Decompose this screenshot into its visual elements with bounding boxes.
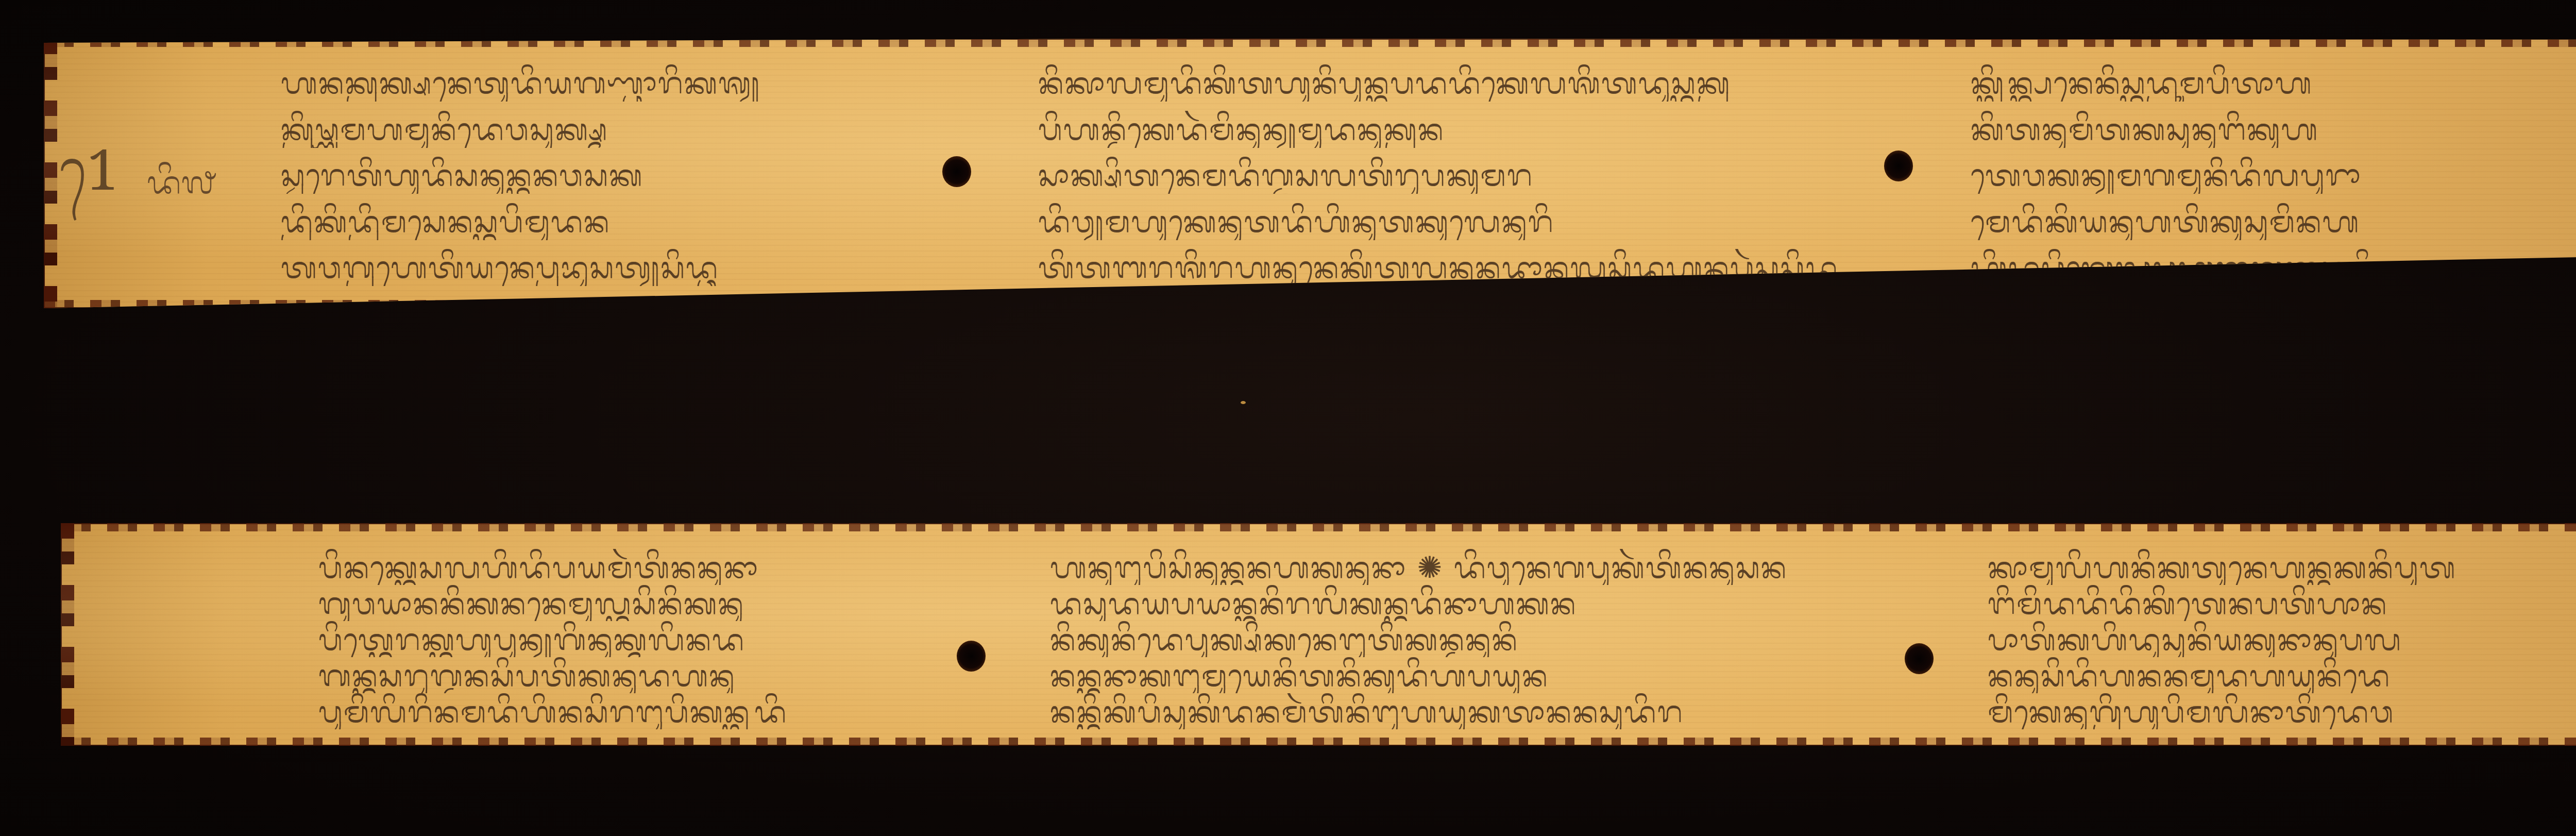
burnt-edge-left: [44, 39, 57, 308]
script-line: ᬕᬸᬯᬬᬵᬦᬦᬶᬓᬦᬦᬾᬫᬸᬮ᭄ᬢᬲᬶᬦᬶᬓᬦᬸ: [318, 585, 947, 621]
script-line: ᬫᬶᬓᬾᬦᬸᬕ᭄ᬭᬶᬳᬸᬧᬶᬫᬮᬶᬦᬵᬢᬶᬤᬾᬯ: [1988, 693, 2565, 729]
script-line: ᬦᬦ᭄ᬢᬶᬓᬶᬧᬶᬲᬸᬓᬶᬤᬦᬫᬃᬢᬶᬦᬶᬗᬸᬳᬬᬸᬓᬢᬵᬦᬦᬲᬸᬤᬶᬭ: [1050, 693, 1916, 729]
script-line: ᬦᬦ᭄ᬢᬸᬦᬵᬓᬗᬸᬫᬸᬬᬾᬦᬶᬢᬦᬶᬓᬸᬤᬶᬳᬧᬬᬸᬦ: [1050, 657, 1916, 693]
binding-hole-right: [1905, 643, 1934, 674]
binding-hole-left: [942, 156, 971, 187]
script-line: ᬤᬶᬯ᭄ᬬᬫᬳᬸᬓᬾᬦᬸᬢᬤᬶᬳᬶᬦᬸᬢᬓᬸᬮᬾᬦᬸᬭᬶ: [1038, 203, 1847, 240]
script-line: ᬦᬶᬓᬸᬦᬶᬤᬾᬧᬸᬓ᭄ᬱᬶᬓᬦᬾᬗᬸᬢᬶᬓᬦ᭄ᬤᬦᬸᬦᬶ: [1050, 621, 1916, 657]
script-line: ᬲᬵᬓ᭄ᬱᬶᬢᬦᬾᬫᬤᬶᬕ᭄ᬚᬸᬲᬮᬢᬶᬭᬸᬧᬓᬸᬫᬭ: [1038, 157, 1847, 194]
script-line: ᬢᬯᬕ᭄ᬭᬳᬾᬢᬶᬬᬦᬾᬧ᭄ᬭᬪᬸᬲᬢ᭄ᬬᬲᬶᬤ᭄ᬥ: [281, 249, 930, 286]
script-line: ᬤᬲᬸᬤᬬᬧᬬᬵᬦ᭄ᬓᬦᬶᬭᬮᬶᬓᬦ᭄ᬢᬸᬤᬶᬦᬵᬳᬓᬦ: [1050, 585, 1916, 621]
script-line: ᬲ᭄ᬯᬭᬾᬢᬶᬳᬸᬤᬶᬲᬦᬸᬦ᭄ᬢᬦᬯᬲᬓ: [281, 157, 930, 194]
script-line: ᬳᬦᬓ᭄ᬭᬓ᭄ᬱᬦᬾᬢᬸᬤᬶᬬᬕᬡ᭄ᬟᬵᬭᬶᬓᬰ᭄ᬬ: [281, 64, 930, 102]
text-block-center: ᬦᬶᬓᬵᬮᬫᬸᬤᬶᬓᬶᬢᬳᬸᬦᬶᬧᬸᬦ᭄ᬓᬧᬤᬤᬶᬓᬾᬮᬰᬶᬢᬤᬸᬲ᭄ᬢᬓ᭄ᬭ …: [1038, 64, 1847, 286]
script-line: ᬦᬶᬓᬵᬮᬫᬸᬤᬶᬓᬶᬢᬳᬸᬦᬶᬧᬸᬦ᭄ᬓᬧᬤᬤᬶᬓᬾᬮᬰᬶᬢᬤᬸᬲ᭄ᬢᬓ᭄ᬭ: [1038, 64, 1847, 102]
script-line: ᬧᬵᬢᬶᬓᬳᬶᬤᬸᬲᬸᬦᬶᬬᬓᬸᬦᬵᬦᬸᬧᬮ: [1988, 621, 2565, 657]
script-line: ᬓ᭄ᬮᬶᬦ᭄ᬓ᭄ᬲᬦᬾᬦᬶᬲ᭄ᬢᬤ᭄ᬭᬸᬫᬧᬶᬢᬵᬳ: [1971, 64, 2506, 102]
script-line: ᬕᬦ᭄ᬢᬸᬲᬭᬸᬕ᭄ᬤᬦᬲᬶᬧᬢᬶᬓᬦᬸᬤᬳᬦᬸ: [318, 657, 947, 693]
folio-annotation: ᬤᬶ᭗: [147, 160, 216, 217]
script-line: ᬧᬶᬢ᭄ᬢᬾᬭᬓ᭄ᬢᬸᬳᬸᬧᬸᬦ᭄ᬬᬕᬶᬦᬸᬓ᭄ᬫᬮᬶᬦᬤ: [318, 621, 947, 657]
text-block-right: ᬓᬵᬫᬸᬮᬶᬳᬦᬶᬓᬢᬸᬦᬾᬳᬦ᭄ᬢᬓᬦᬶᬧᬸᬢ ᬗᬶᬫᬶᬤᬤᬶᬤᬶᬓᬶᬢᬾᬦᬧ…: [1988, 549, 2565, 729]
text-block-right: ᬓ᭄ᬮᬶᬦ᭄ᬓ᭄ᬲᬦᬾᬦᬶᬲ᭄ᬢᬤ᭄ᬭᬸᬫᬧᬶᬢᬵᬳ ᬓᬶᬢᬦᬸᬫᬶᬢᬓᬲᬸᬦᬸ…: [1971, 64, 2506, 286]
script-line: ᬓ᭄ᬭᬶᬱ᭄ᬡᬫᬳᬫᬸᬦᬶᬤᬾᬯᬲᬸᬓ᭄ᬱ᭄ᬫ: [281, 111, 930, 148]
script-line: ᬧᬶᬳᬦ᭄ᬤᬶᬓᬾᬤᬃᬫᬶᬦᬸᬦ᭄ᬬᬫᬸᬤᬦᬸᬓ᭄ᬭᬦ: [1038, 111, 1847, 148]
folio-number: 1ᬾ: [59, 142, 118, 198]
script-line: ᬧᬸᬫᬶᬮᬶᬭᬶᬦᬫᬤᬶᬳᬶᬦᬲᬶᬭᬗᬸᬧᬶᬓᬦ᭄ᬮᬤᬶ: [318, 693, 947, 729]
script-line: ᬫᬾᬤᬶᬓᬶᬬᬦᬸᬳᬢᬶᬓᬸᬲᬸᬫᬶᬦᬳ: [1971, 203, 2506, 240]
dust-speck: [1241, 401, 1246, 404]
text-block-left: ᬳᬦᬓ᭄ᬭᬓ᭄ᬱᬦᬾᬢᬸᬤᬶᬬᬕᬡ᭄ᬟᬵᬭᬶᬓᬰ᭄ᬬ ᬓ᭄ᬭᬶᬱ᭄ᬡᬫᬳᬫᬸᬦᬶ…: [281, 64, 930, 286]
script-line: ᬓᬶᬢᬦᬸᬫᬶᬢᬓᬲᬸᬦᬸᬗᬶᬓᬸᬳ: [1971, 111, 2506, 148]
script-line: ᬤ᭄ᬭᬶᬓᬶᬤ᭄ᬭᬶᬫᬲᬾᬦᬲ᭄ᬢᬧᬶᬫᬸᬤᬦ: [281, 203, 930, 240]
script-line: ᬦᬦᬸᬲᬶᬤᬶᬳᬦᬦᬫᬸᬤᬳᬬᬸᬦᬶᬤᬾ: [1988, 657, 2565, 693]
burnt-edge-left: [61, 523, 74, 746]
script-line: ᬳᬦᬸᬗᬸᬧᬶᬲᬶᬦᬸᬦ᭄ᬢᬦᬳᬓᬦᬸᬦᬵ ✺ ᬤᬶᬯᬸᬦᬾᬕᬧᬸᬓᬃᬢᬶᬦᬦᬸ…: [1050, 549, 1916, 585]
text-block-center: ᬳᬦᬸᬗᬸᬧᬶᬲᬶᬦᬸᬦ᭄ᬢᬦᬳᬓᬦᬸᬦᬵ ✺ ᬤᬶᬯᬸᬦᬾᬕᬧᬸᬓᬃᬢᬶᬦᬦᬸ…: [1050, 549, 1916, 729]
script-line: ᬗᬶᬫᬶᬤᬤᬶᬤᬶᬓᬶᬢᬾᬦᬧᬢᬶᬳᬵᬦ: [1988, 585, 2565, 621]
script-line: ᬢᬾᬯᬓᬦ᭄ᬬᬫᬕᬫᬸᬦᬶᬤᬶᬮᬧᬸᬭᬵ: [1971, 157, 2506, 194]
script-line: ᬧᬶᬦᬓ᭄ᬓᬾᬲᬮᬳᬶᬤᬶᬧᬬᬫᬃᬢᬶᬦᬦᬸᬦᬵ: [318, 549, 947, 585]
text-block-left: ᬧᬶᬦᬓ᭄ᬓᬾᬲᬮᬳᬶᬤᬶᬧᬬᬫᬃᬢᬶᬦᬦᬸᬦᬵ ᬕᬸᬯᬬᬵᬦᬦᬶᬓᬦᬦᬾᬫᬸᬮ…: [318, 549, 947, 729]
binding-hole-left: [957, 641, 986, 672]
burnt-edge-bottom: [61, 738, 2576, 746]
script-line: ᬓᬵᬫᬸᬮᬶᬳᬦᬶᬓᬢᬸᬦᬾᬳᬦ᭄ᬢᬓᬦᬶᬧᬸᬢ: [1988, 549, 2565, 585]
palm-leaf-bottom: ᬧᬶᬦᬓ᭄ᬓᬾᬲᬮᬳᬶᬤᬶᬧᬬᬫᬃᬢᬶᬦᬦᬸᬦᬵ ᬕᬸᬯᬬᬵᬦᬦᬶᬓᬦᬦᬾᬫᬸᬮ…: [61, 523, 2576, 746]
binding-hole-right: [1884, 151, 1913, 181]
burnt-edge-top: [61, 523, 2576, 531]
